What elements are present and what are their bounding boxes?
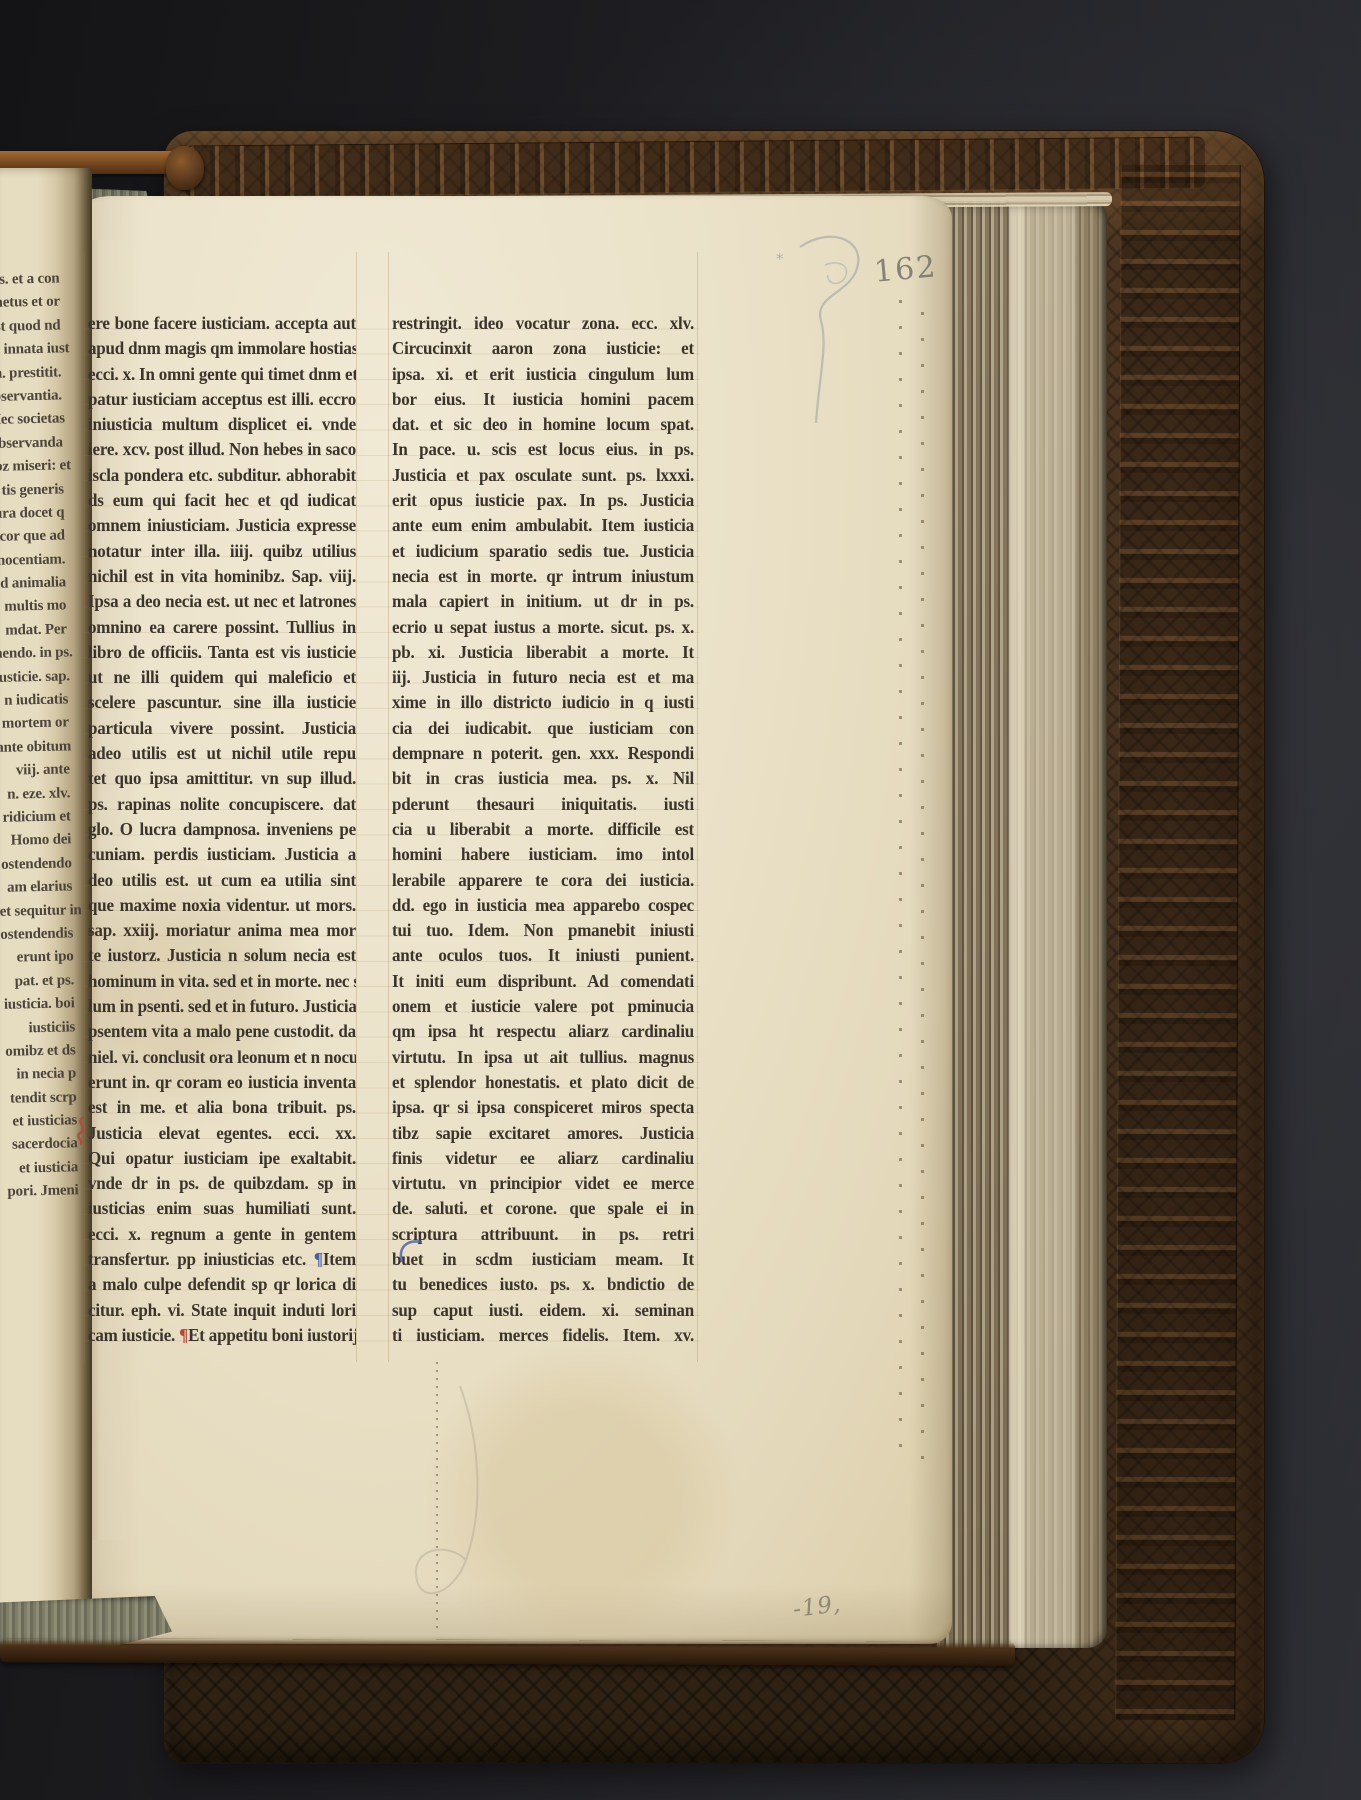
- lower-board-edge: [0, 1638, 1015, 1666]
- text-line: Circucinxit aaron zona iusticie: et: [392, 335, 694, 362]
- text-line: dat. et sic deo in homine locum spat.: [392, 411, 694, 438]
- text-line: homini habere iusticiam. imo intol: [392, 841, 694, 868]
- verso-text-line: n iudicatis: [0, 688, 82, 713]
- text-line: nichil est in vita hominibz. Sap. viij.: [88, 563, 356, 590]
- verso-text-line: tas. et a con: [0, 267, 73, 292]
- verso-text-line: iusticiis: [2, 1016, 88, 1041]
- verso-text-line: cor que ad: [0, 524, 78, 549]
- text-line: pb. xi. Justicia liberabit a morte. It: [392, 639, 694, 666]
- verso-text-line: bservantia.: [0, 384, 75, 409]
- text-line: libro de officiis. Tanta est vis iustici…: [88, 639, 356, 666]
- verso-text-line: tendit scrp: [3, 1086, 89, 1111]
- text-line: tet quo ipsa amittitur. vn sup illud.: [88, 765, 356, 792]
- folio-number: 162: [873, 249, 939, 289]
- text-line: glo. O lucra dampnosa. inveniens pe: [88, 816, 356, 843]
- text-line: Justicia et pax osculate sunt. ps. lxxxi…: [392, 462, 694, 489]
- text-line: omnem iniusticiam. Justicia expresse: [88, 512, 356, 539]
- verso-text-line: omibz et ds: [2, 1039, 88, 1064]
- text-line: deo utilis est. ut cum ea utilia sint: [88, 867, 356, 894]
- text-line: ante oculos tuos. It iniusti punient.: [392, 942, 694, 969]
- text-line: iscla pondera etc. subditur. abhorabit: [88, 462, 356, 489]
- verso-text-line: ad animalia: [0, 571, 79, 596]
- text-line: virtutu. In ipsa ut ait tullius. magnus: [392, 1044, 694, 1071]
- text-line: Justicia elevat egentes. ecci. xx.: [88, 1120, 356, 1147]
- verso-text-line: in innata iust: [0, 337, 74, 362]
- verso-text-line: Hec societas: [0, 408, 76, 433]
- text-line: scelere pascuntur. sine illa iusticie: [88, 689, 356, 716]
- text-line: cam iusticie. ¶Et appetitu boni iustorij: [88, 1322, 356, 1349]
- text-line: bor eius. It iusticia homini pacem: [392, 386, 694, 413]
- ruling-line-col-b-left: [388, 252, 389, 1362]
- pricking-holes-inner: [921, 312, 924, 1472]
- text-line: et iudicium sparatio sedis tue. Justicia: [392, 538, 694, 565]
- verso-text-line: viij. ante: [0, 758, 83, 783]
- text-line: sap. xxiij. moriatur anima mea mor: [88, 917, 356, 944]
- verso-text-line: ura docet q: [0, 501, 78, 526]
- text-line: et splendor honestatis. et plato dicit d…: [392, 1069, 694, 1096]
- text-line: tui tuo. Idem. Non pmanebit iniusti: [392, 917, 694, 944]
- text-line: sup caput iusti. eidem. xi. seminan: [392, 1297, 694, 1324]
- text-column-a: ere bone facere iusticiam. accepta autap…: [88, 310, 356, 1347]
- text-line: adeo utilis est ut nichil utile repu: [88, 740, 356, 767]
- text-line: necia est in morte. qr intrum iniustum: [392, 563, 694, 590]
- verso-text-line: ostendendo: [0, 852, 85, 877]
- verso-text-line: ridicium et: [0, 805, 84, 830]
- text-line: ere bone facere iusticiam. accepta aut: [88, 310, 356, 337]
- text-line: tu benedices iusto. ps. x. bndictio de: [392, 1271, 694, 1298]
- spine-rod-end: [166, 146, 204, 190]
- text-line: citur. eph. vi. State inquit induti lori: [88, 1297, 356, 1324]
- text-line: iniusticia multum displicet ei. vnde: [88, 411, 356, 438]
- text-line: buet in scdm iusticiam meam. It: [392, 1246, 694, 1273]
- verso-text-line: Homo dei: [0, 828, 84, 853]
- text-line: de. saluti. et corone. que spale ei in: [392, 1195, 694, 1222]
- text-line: ecci. x. In omni gente qui timet dnm et …: [88, 361, 356, 388]
- pen-trial-flourish-bottom: [388, 1378, 488, 1628]
- verso-text-line: nocentiam.: [0, 548, 79, 573]
- text-line: In pace. u. scis est locus eius. in ps.: [392, 436, 694, 463]
- blue-paraph-tail: [396, 1238, 424, 1266]
- verso-text-line: et sequitur in: [0, 899, 86, 924]
- verso-text-line: observanda: [0, 431, 76, 456]
- leather-tooling-right: [1115, 165, 1240, 1720]
- text-line: qm ipsa ht respectu aliarz cardinaliu: [392, 1018, 694, 1045]
- verso-text-line: lbz miseri: et: [0, 454, 77, 479]
- verso-text-line: nendo. in ps.: [0, 641, 81, 666]
- text-line: dd. ego in iusticia mea apparebo cospec: [392, 892, 694, 919]
- text-line: restringit. ideo vocatur zona. ecc. xlv.: [392, 310, 694, 337]
- verso-text-line: est quod nd: [0, 314, 74, 339]
- text-line: hominum in vita. sed et in morte. nec so: [88, 968, 356, 995]
- text-line: ecrio u sepat iustus a morte. sicut. ps.…: [392, 614, 694, 641]
- text-line: scriptura attribuunt. in ps. retri: [392, 1221, 694, 1248]
- text-line: notatur inter illa. iiij. quibz utilius: [88, 538, 356, 565]
- text-column-b: restringit. ideo vocatur zona. ecc. xlv.…: [392, 310, 694, 1347]
- verso-text-line: mortem or: [0, 712, 82, 737]
- text-line: lum in psenti. sed et in futuro. Justici…: [88, 993, 356, 1020]
- text-line: onem et iusticie valere pot pminucia: [392, 993, 694, 1020]
- text-line: lerabile apparere te cora dei iusticia.: [392, 867, 694, 894]
- verso-text-line: pat. et ps.: [1, 969, 87, 994]
- text-line: Ipsa a deo necia est. ut nec et latrones: [88, 588, 356, 615]
- text-line: ante eum enim ambulabit. Item iusticia: [392, 512, 694, 539]
- text-line: patur iusticiam acceptus est illi. eccro: [88, 386, 356, 413]
- text-line: particula vivere possint. Justicia: [88, 715, 356, 742]
- text-line: tibz sapie excitaret amores. Justicia: [392, 1120, 694, 1147]
- text-line: iij. Justicia in futuro necia est et ma: [392, 664, 694, 691]
- text-line: pderunt thesauri iniquitatis. iusti: [392, 791, 694, 818]
- text-line: dempnare n poterit. gen. xxx. Respondi: [392, 740, 694, 767]
- text-line: est in me. et alia bona tribuit. ps.: [88, 1094, 356, 1121]
- text-line: transfertur. pp iniusticias etc. ¶Item: [88, 1246, 356, 1273]
- text-line: ecci. x. regnum a gente in gentem: [88, 1221, 356, 1248]
- text-line: ipsa. qr si ipsa conspiceret miros spect…: [392, 1094, 694, 1121]
- text-line: It initi eum dispribunt. Ad comendati: [392, 968, 694, 995]
- verso-text-line: multis mo: [0, 595, 80, 620]
- blue-paraph-mark: ¶: [314, 1249, 323, 1269]
- text-line: psentem vita a malo pene custodit. da: [88, 1018, 356, 1045]
- text-line: niel. vi. conclusit ora leonum et n nocu: [88, 1044, 356, 1071]
- text-line: xime in illo districto iudicio in q iust…: [392, 689, 694, 716]
- verso-text-line: ante obitum: [0, 735, 82, 760]
- fore-edge-leaf-stack: [935, 200, 1107, 1648]
- verso-text-line: am elarius: [0, 875, 85, 900]
- text-line: a malo culpe defendit sp qr lorica di: [88, 1271, 356, 1298]
- verso-text-line: iusticia. boi: [1, 992, 87, 1017]
- text-line: cia dei iudicabit. que iusticiam con: [392, 715, 694, 742]
- verso-text-line: erunt ipo: [0, 945, 86, 970]
- red-margin-paraph: [72, 1114, 92, 1146]
- verso-text-line: n. prestitit.: [0, 361, 75, 386]
- text-line: apud dnm magis qm immolare hostias.: [88, 335, 356, 362]
- verso-text-line: metus et or: [0, 291, 73, 316]
- text-line: ut ne illi quidem qui maleficio et: [88, 664, 356, 691]
- verso-text-line: in necia p: [3, 1062, 89, 1087]
- ruling-line-col-a-right: [356, 252, 357, 1362]
- pen-trial-flourish-top: [770, 225, 880, 435]
- text-line: Qui opatur iusticiam ipe exaltabit.: [88, 1145, 356, 1172]
- leather-tooling-top: [185, 137, 1205, 198]
- text-line: finis videtur ee aliarz cardinaliu: [392, 1145, 694, 1172]
- text-line: virtutu. vn principior videt ee merce: [392, 1170, 694, 1197]
- text-line: ipsa. xi. et erit iusticia cingulum lum: [392, 361, 694, 388]
- text-line: omnino ea carere possint. Tullius in: [88, 614, 356, 641]
- text-line: mala capiert in initium. ut dr in ps.: [392, 588, 694, 615]
- verso-text-line: pori. Jmeni: [5, 1179, 91, 1204]
- text-line: erit opus iusticie pax. In ps. Justicia: [392, 487, 694, 514]
- text-line: ti iusticiam. merces fidelis. Item. xv.: [392, 1322, 694, 1349]
- text-line: erunt in. qr coram eo iusticia inventa: [88, 1069, 356, 1096]
- text-line: que maxime noxia videntur. ut mors.: [88, 892, 356, 919]
- text-line: te iustorz. Justicia n solum necia est: [88, 942, 356, 969]
- red-paraph-mark: ¶: [179, 1325, 188, 1345]
- pricking-holes-outer: [899, 300, 902, 1460]
- ruling-line-col-b-right: [697, 252, 698, 1362]
- text-line: iere. xcv. post illud. Non hebes in saco: [88, 436, 356, 463]
- text-line: ps. rapinas nolite concupiscere. dat: [88, 791, 356, 818]
- text-line: ds eum qui facit hec et qd iudicat: [88, 487, 356, 514]
- verso-text-line: et iusticia: [5, 1156, 91, 1181]
- verso-text-line: iusticie. sap.: [0, 665, 81, 690]
- text-line: cuniam. perdis iusticiam. Justicia a: [88, 841, 356, 868]
- text-line: iusticias enim suas humiliati sunt.: [88, 1195, 356, 1222]
- text-line: vnde dr in ps. de quibzdam. sp in: [88, 1170, 356, 1197]
- text-line: bit in cras iusticia mea. ps. x. Nil: [392, 765, 694, 792]
- verso-text-line: n. eze. xlv.: [0, 782, 83, 807]
- text-line: cia u liberabit a morte. difficile est: [392, 816, 694, 843]
- verso-text-line: mdat. Per: [0, 618, 80, 643]
- verso-text-line: tis generis: [0, 478, 77, 503]
- manuscript-photo: tas. et a conmetus et orest quod ndin in…: [0, 0, 1361, 1800]
- verso-text-line: ostendendis: [0, 922, 86, 947]
